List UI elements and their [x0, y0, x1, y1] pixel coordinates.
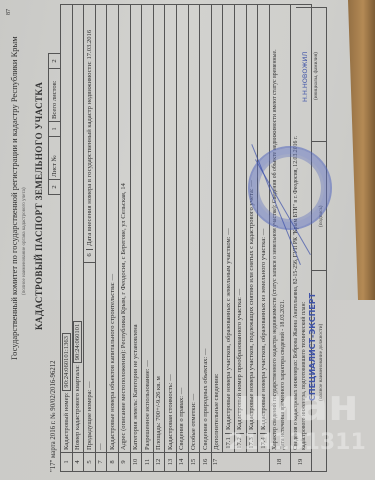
row-12: 12 Площадь: 700+/-9.26 кв. м	[153, 5, 165, 472]
document-title: КАДАСТРОВЫЙ ПАСПОРТ ЗЕМЕЛЬНОГО УЧАСТКА	[34, 82, 44, 330]
name-caption: (инициалы, фамилия)	[314, 52, 320, 100]
row-15: 15 Особые отметки: —	[188, 5, 200, 472]
row-16: 16 Сведения о природных объектах: —	[200, 5, 212, 472]
agency-name: Государственный комитет по государственн…	[10, 36, 20, 360]
row-13: 13 Кадастровая стоимость: —	[165, 5, 177, 472]
row-14: 14 Сведения о правах: —	[176, 5, 188, 472]
sheet-label: Лист №	[49, 137, 61, 180]
total-sheets-label: Всего листов:	[49, 69, 61, 122]
total-sheets-number: 2	[49, 54, 61, 69]
cadastral-number: 90:24:060101:1363	[62, 333, 71, 391]
agency-caption: (полное наименование органа кадастрового…	[22, 187, 28, 295]
land-category: Категория не установлена	[132, 324, 139, 397]
sheet-number: 1	[49, 122, 61, 137]
row-4: 4 Номер кадастрового квартала: 90:24:060…	[72, 5, 84, 472]
issue-date-number: "17" марта 2016 г. № 90/02/2016-96212	[50, 360, 58, 472]
row-label: Кадастровый номер:	[63, 392, 70, 450]
row-9: 9 Адрес (описание местоположения): Респу…	[118, 5, 130, 472]
col-2: 2	[49, 180, 61, 195]
entry-date: 17.03.2016	[86, 30, 93, 60]
watermark-id: 214131311	[228, 430, 366, 455]
row-5: 5 Предыдущие номера: — 6Дата внесения но…	[84, 5, 96, 472]
row-7: 7 —	[95, 5, 107, 472]
address: Республика Крым, г Феодосия, с Берегове,…	[120, 183, 127, 348]
row-1: 1 Кадастровый номер: 90:24:060101:1363	[61, 5, 73, 472]
row-17-1: 17.1Кадастровые номера участков, образов…	[223, 5, 235, 472]
quarter-number: 90:24:060101	[73, 321, 82, 364]
signer-name-stamp: Н.Н.НОВОЖИЛ	[302, 52, 309, 102]
row-11: 11 Разрешенное использование: —	[142, 5, 154, 472]
sheet-info-table: 2 Лист № 1 Всего листов: 2	[48, 53, 61, 195]
page-marker: 87	[6, 9, 13, 15]
row-17: 17 Дополнительные сведения:	[211, 5, 223, 472]
row-10: 10 Категория земель: Категория не устано…	[130, 5, 142, 472]
area: 700+/-9.26 кв. м	[155, 376, 162, 421]
row-8: 8 Кадастровые номера объектов капитально…	[107, 5, 119, 472]
watermark-brand: циан	[235, 380, 359, 431]
name-box: Н.Н.НОВОЖИЛ (инициалы, фамилия)	[296, 7, 327, 142]
